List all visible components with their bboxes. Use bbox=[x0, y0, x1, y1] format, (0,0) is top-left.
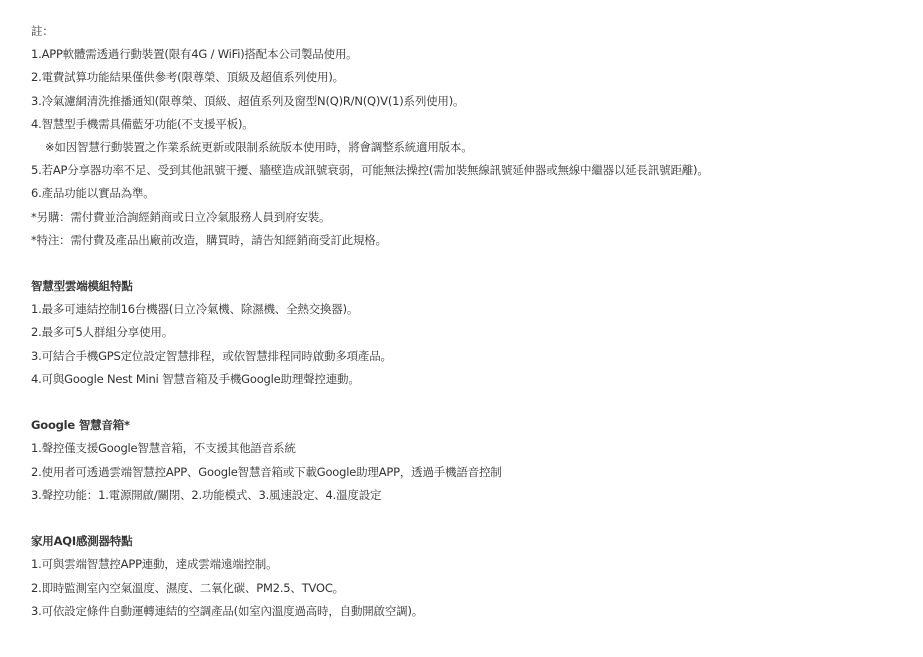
section-spacer bbox=[31, 391, 921, 414]
section-spacer bbox=[31, 252, 921, 275]
note-special: *特注：需付費及產品出廠前改造，購買時，請告知經銷商受訂此規格。 bbox=[31, 229, 921, 252]
aqi-sensor-item: 1.可與雲端智慧控APP連動，達成雲端遠端控制。 bbox=[31, 553, 921, 576]
note-item: 4.智慧型手機需具備藍牙功能(不支援平板)。 bbox=[31, 113, 921, 136]
google-speaker-section: Google 智慧音箱* 1.聲控僅支援Google智慧音箱，不支援其他語音系統… bbox=[31, 414, 921, 507]
cloud-module-item: 1.最多可連結控制16台機器(日立冷氣機、除濕機、全熱交換器)。 bbox=[31, 298, 921, 321]
note-optional-purchase: *另購：需付費並洽詢經銷商或日立冷氣服務人員到府安裝。 bbox=[31, 206, 921, 229]
section-spacer bbox=[31, 507, 921, 530]
spec-notes-document: 註： 1.APP軟體需透過行動裝置(限有4G / WiFi)搭配本公司製品使用。… bbox=[31, 20, 921, 623]
note-item: 2.電費試算功能結果僅供參考(限尊榮、頂級及超值系列使用)。 bbox=[31, 66, 921, 89]
cloud-module-item: 4.可與Google Nest Mini 智慧音箱及手機Google助理聲控連動… bbox=[31, 368, 921, 391]
aqi-sensor-section: 家用AQI感測器特點 1.可與雲端智慧控APP連動，達成雲端遠端控制。 2.即時… bbox=[31, 530, 921, 623]
note-item: 5.若AP分享器功率不足、受到其他訊號干擾、牆壁造成訊號衰弱，可能無法操控(需加… bbox=[31, 159, 921, 182]
google-speaker-item: 2.使用者可透過雲端智慧控APP、Google智慧音箱或下載Google助理AP… bbox=[31, 461, 921, 484]
notes-section: 註： 1.APP軟體需透過行動裝置(限有4G / WiFi)搭配本公司製品使用。… bbox=[31, 20, 921, 252]
note-item: 1.APP軟體需透過行動裝置(限有4G / WiFi)搭配本公司製品使用。 bbox=[31, 43, 921, 66]
notes-title: 註： bbox=[31, 20, 921, 43]
aqi-sensor-item: 2.即時監測室內空氣溫度、濕度、二氧化碳、PM2.5、TVOC。 bbox=[31, 577, 921, 600]
cloud-module-item: 3.可結合手機GPS定位設定智慧排程，或依智慧排程同時啟動多項產品。 bbox=[31, 345, 921, 368]
google-speaker-item: 1.聲控僅支援Google智慧音箱，不支援其他語音系統 bbox=[31, 437, 921, 460]
note-item: 3.冷氣濾網清洗推播通知(限尊榮、頂級、超值系列及窗型N(Q)R/N(Q)V(1… bbox=[31, 90, 921, 113]
aqi-sensor-title: 家用AQI感測器特點 bbox=[31, 530, 921, 553]
cloud-module-title: 智慧型雲端模組特點 bbox=[31, 275, 921, 298]
cloud-module-section: 智慧型雲端模組特點 1.最多可連結控制16台機器(日立冷氣機、除濕機、全熱交換器… bbox=[31, 275, 921, 391]
google-speaker-title: Google 智慧音箱* bbox=[31, 414, 921, 437]
note-item: 6.產品功能以實品為準。 bbox=[31, 182, 921, 205]
note-remark: ※如因智慧行動裝置之作業系統更新或限制系統版本使用時，將會調整系統適用版本。 bbox=[31, 136, 921, 159]
google-speaker-item: 3.聲控功能：1.電源開啟/關閉、2.功能模式、3.風速設定、4.溫度設定 bbox=[31, 484, 921, 507]
aqi-sensor-item: 3.可依設定條件自動運轉連結的空調產品(如室內溫度過高時，自動開啟空調)。 bbox=[31, 600, 921, 623]
cloud-module-item: 2.最多可5人群組分享使用。 bbox=[31, 321, 921, 344]
